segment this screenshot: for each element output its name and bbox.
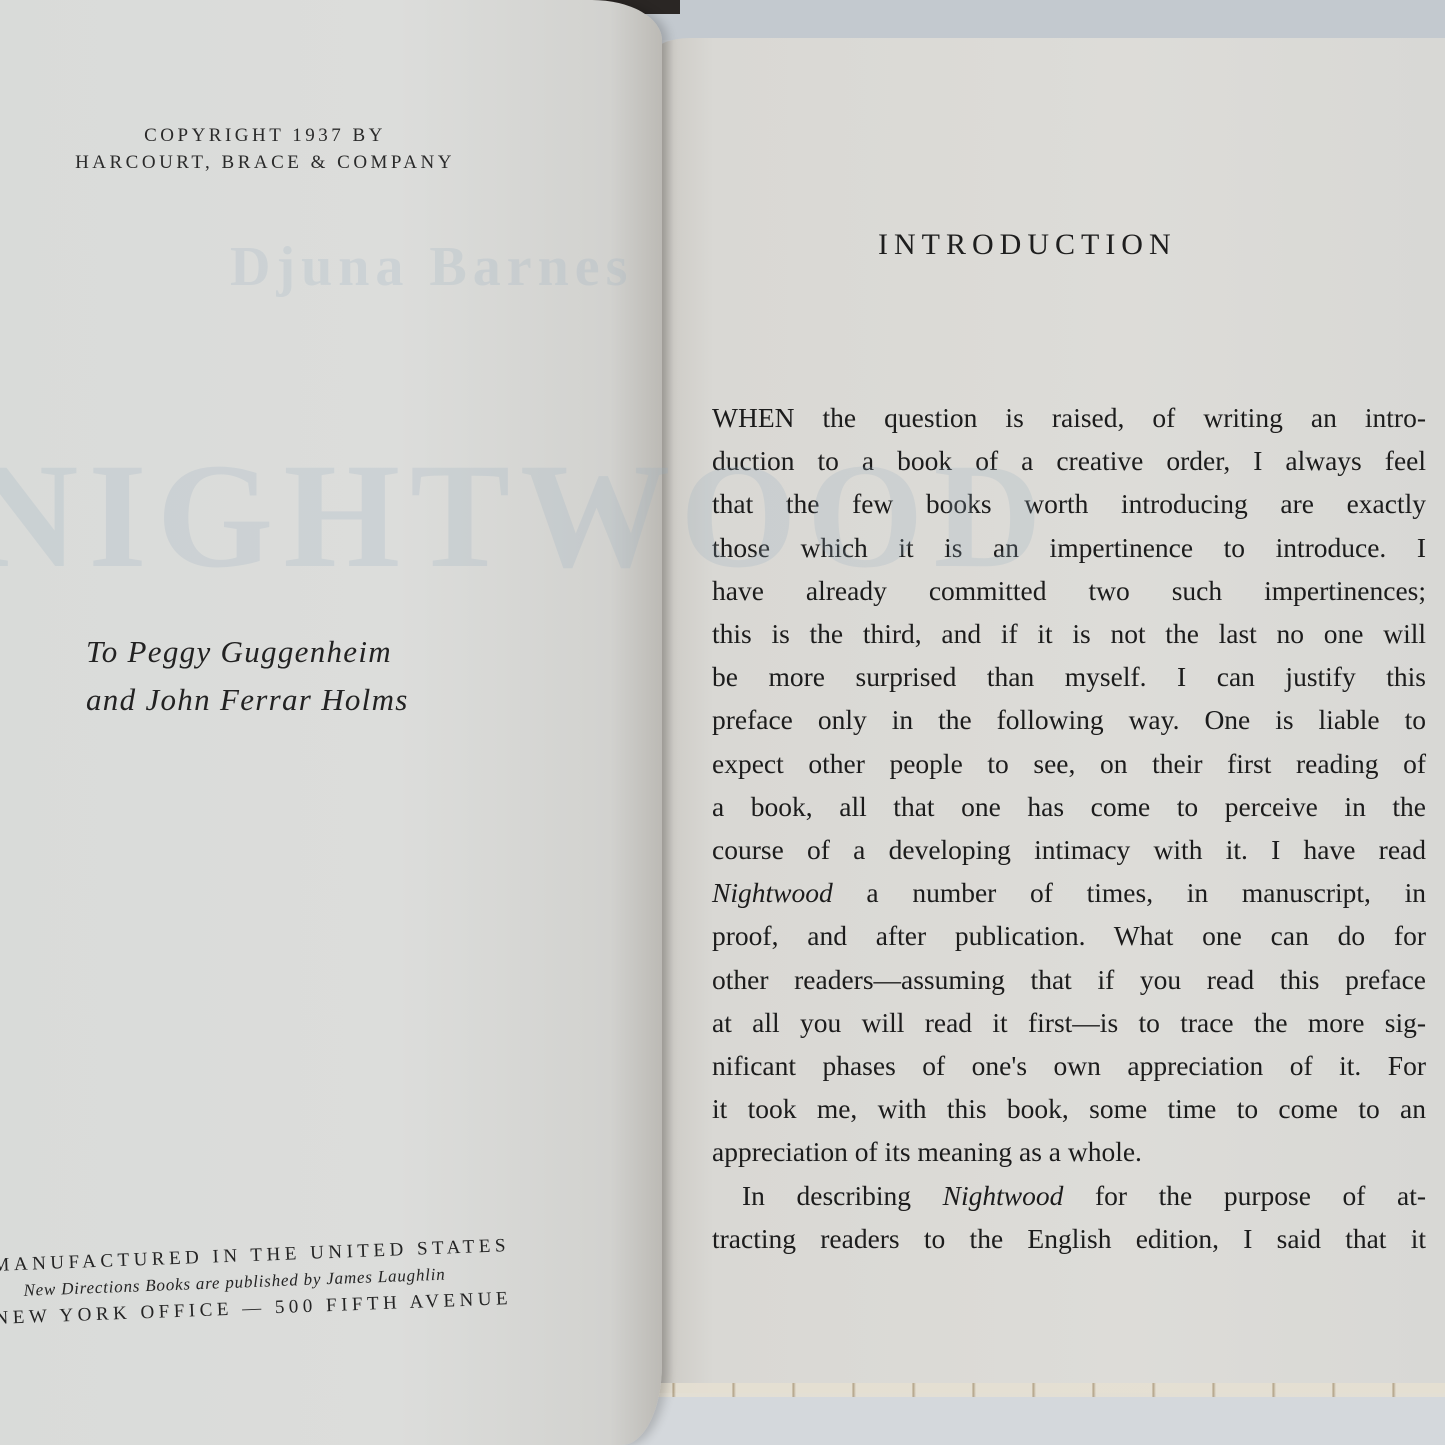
dedication: To Peggy Guggenheim and John Ferrar Holm…: [86, 628, 486, 724]
text-line: appreciation of its meaning as a whole.: [712, 1130, 1426, 1173]
text-line: Nightwood a number of times, in manuscri…: [712, 871, 1426, 914]
text-line: In describing Nightwood for the purpose …: [712, 1174, 1426, 1217]
text-line: at all you will read it first—is to trac…: [712, 1001, 1426, 1044]
book-title-italic: Nightwood: [712, 877, 833, 908]
copyright-line-1: COPYRIGHT 1937 BY: [30, 122, 500, 149]
dedication-line-1: To Peggy Guggenheim: [86, 628, 486, 676]
deckle-edge: [650, 1383, 1445, 1397]
copyright-line-2: HARCOURT, BRACE & COMPANY: [30, 149, 500, 176]
copyright-notice: COPYRIGHT 1937 BY HARCOURT, BRACE & COMP…: [30, 122, 500, 176]
book-title-italic: Nightwood: [943, 1180, 1064, 1211]
text-line: nificant phases of one's own appreciatio…: [712, 1044, 1426, 1087]
text-line: a book, all that one has come to perceiv…: [712, 785, 1426, 828]
text-line: expect other people to see, on their fir…: [712, 742, 1426, 785]
text-fragment: for the purpose of at-: [1095, 1180, 1426, 1211]
text-line: proof, and after publication. What one c…: [712, 914, 1426, 957]
text-line: other readers—assuming that if you read …: [712, 958, 1426, 1001]
introduction-body: WHEN the question is raised, of writing …: [712, 396, 1426, 1260]
text-line: duction to a book of a creative order, I…: [712, 439, 1426, 482]
chapter-title: INTRODUCTION: [878, 228, 1177, 262]
text-line: WHEN the question is raised, of writing …: [712, 396, 1426, 439]
text-line: course of a developing intimacy with it.…: [712, 828, 1426, 871]
text-line: preface only in the following way. One i…: [712, 698, 1426, 741]
text-fragment: a number of times, in manuscript, in: [866, 877, 1426, 908]
text-line: it took me, with this book, some time to…: [712, 1087, 1426, 1130]
right-page: INTRODUCTION WHEN the question is raised…: [650, 38, 1445, 1393]
text-line: that the few books worth introducing are…: [712, 482, 1426, 525]
text-line: be more surprised than myself. I can jus…: [712, 655, 1426, 698]
text-line: this is the third, and if it is not the …: [712, 612, 1426, 655]
show-through-author: Djuna Barnes: [230, 235, 633, 299]
left-page: COPYRIGHT 1937 BY HARCOURT, BRACE & COMP…: [0, 0, 662, 1445]
text-fragment: In describing: [742, 1180, 911, 1211]
backdrop-surface: [640, 0, 1445, 40]
publisher-imprint: MANUFACTURED IN THE UNITED STATES New Di…: [0, 1229, 595, 1334]
dedication-line-2: and John Ferrar Holms: [86, 676, 486, 724]
text-line: have already committed two such impertin…: [712, 569, 1426, 612]
text-line: tracting readers to the English edition,…: [712, 1217, 1426, 1260]
text-line: those which it is an impertinence to int…: [712, 526, 1426, 569]
